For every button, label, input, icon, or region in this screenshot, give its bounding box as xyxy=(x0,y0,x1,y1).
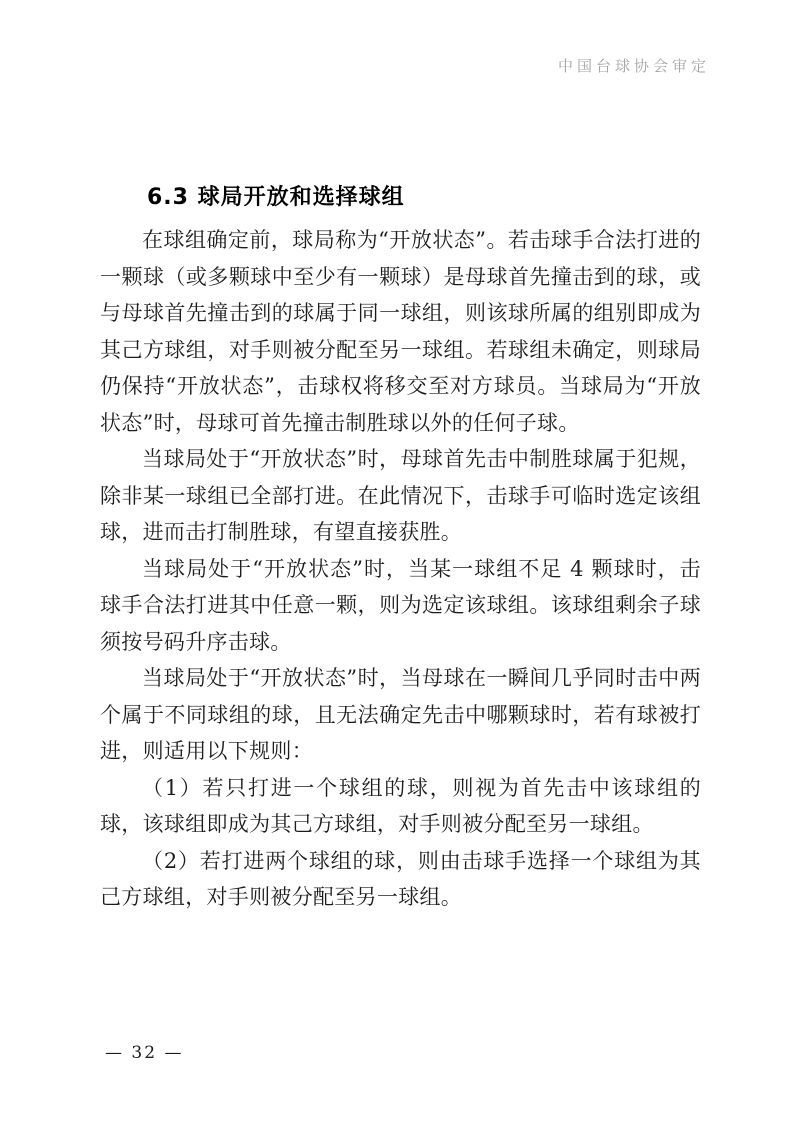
section-heading: 6.3 球局开放和选择球组 xyxy=(147,183,405,213)
paragraph-simultaneous-hit: 当球局处于“开放状态”时，当母球在一瞬间几乎同时击中两个属于不同球组的球，且无法… xyxy=(100,660,701,770)
paragraph-winning-ball-foul: 当球局处于“开放状态”时，母球首先击中制胜球属于犯规，除非某一球组已全部打进。在… xyxy=(100,441,701,551)
body-text-block: 在球组确定前，球局称为“开放状态”。若击球手合法打进的一颗球（或多颗球中至少有一… xyxy=(100,222,701,916)
paragraph-rule-item-2: （2）若打进两个球组的球，则由击球手选择一个球组为其己方球组，对手则被分配至另一… xyxy=(100,843,701,916)
paragraph-group-under-four-balls: 当球局处于“开放状态”时，当某一球组不足 4 颗球时，击球手合法打进其中任意一颗… xyxy=(100,551,701,661)
page-number: — 32 — xyxy=(105,1043,183,1063)
document-page: 中国台球协会审定 6.3 球局开放和选择球组 在球组确定前，球局称为“开放状态”… xyxy=(0,0,794,1123)
paragraph-open-table-intro: 在球组确定前，球局称为“开放状态”。若击球手合法打进的一颗球（或多颗球中至少有一… xyxy=(100,222,701,441)
header-approval-stamp: 中国台球协会审定 xyxy=(558,55,710,76)
paragraph-rule-item-1: （1）若只打进一个球组的球，则视为首先击中该球组的球，该球组即成为其己方球组，对… xyxy=(100,770,701,843)
